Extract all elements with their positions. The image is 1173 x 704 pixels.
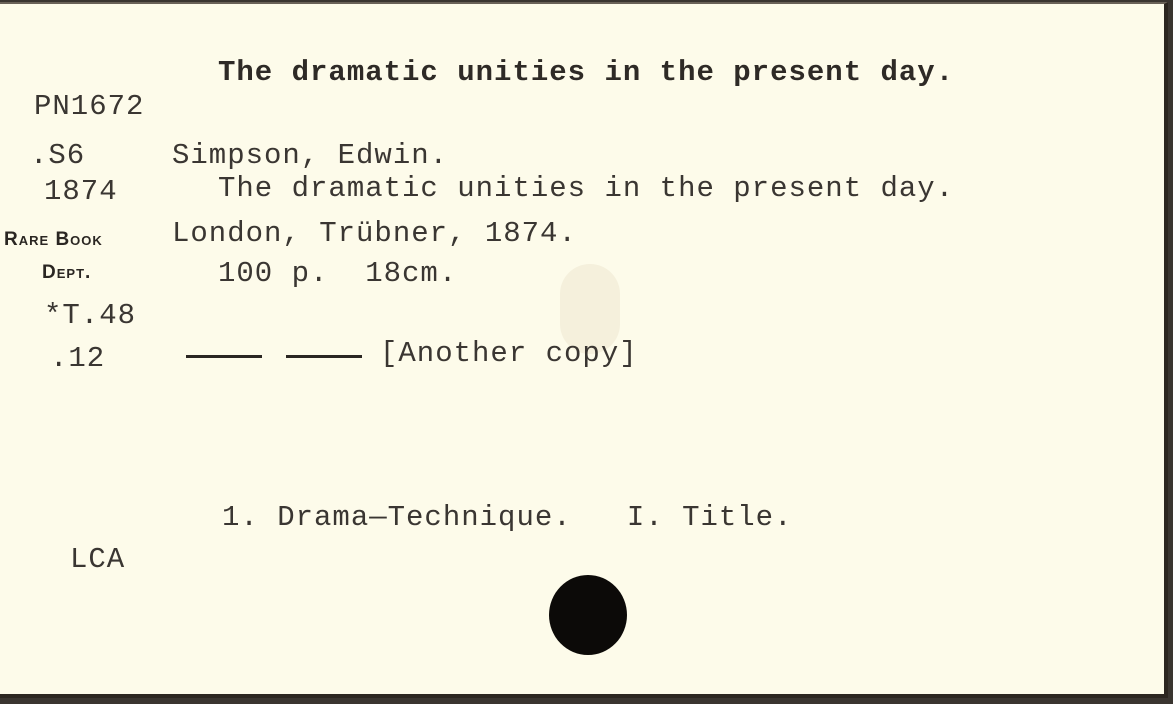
heading-title: The dramatic unities in the present day. (218, 58, 954, 87)
punch-hole (549, 575, 627, 655)
author-dash (186, 355, 262, 358)
another-copy-note: [Another copy] (380, 339, 638, 368)
catalog-card: The dramatic unities in the present day.… (0, 2, 1168, 698)
copy-call-number-line1: *T.48 (44, 301, 136, 330)
call-number-class: PN1672 (34, 92, 144, 121)
title-dash (286, 355, 362, 358)
source-code: LCA (70, 545, 125, 574)
collation: 100 p. 18cm. (218, 259, 457, 288)
subject-tracings: 1. Drama—Technique. I. Title. (222, 503, 793, 532)
location-stamp-line1: Rare Book (4, 229, 103, 251)
imprint: London, Trübner, 1874. (172, 219, 577, 248)
author-entry: Simpson, Edwin. (172, 141, 448, 170)
copy-call-number-line2: .12 (50, 344, 105, 373)
title-entry: The dramatic unities in the present day. (218, 174, 954, 203)
call-number-year: 1874 (44, 177, 118, 206)
call-number-cutter: .S6 (30, 141, 85, 170)
location-stamp-line2: Dept. (42, 262, 91, 284)
